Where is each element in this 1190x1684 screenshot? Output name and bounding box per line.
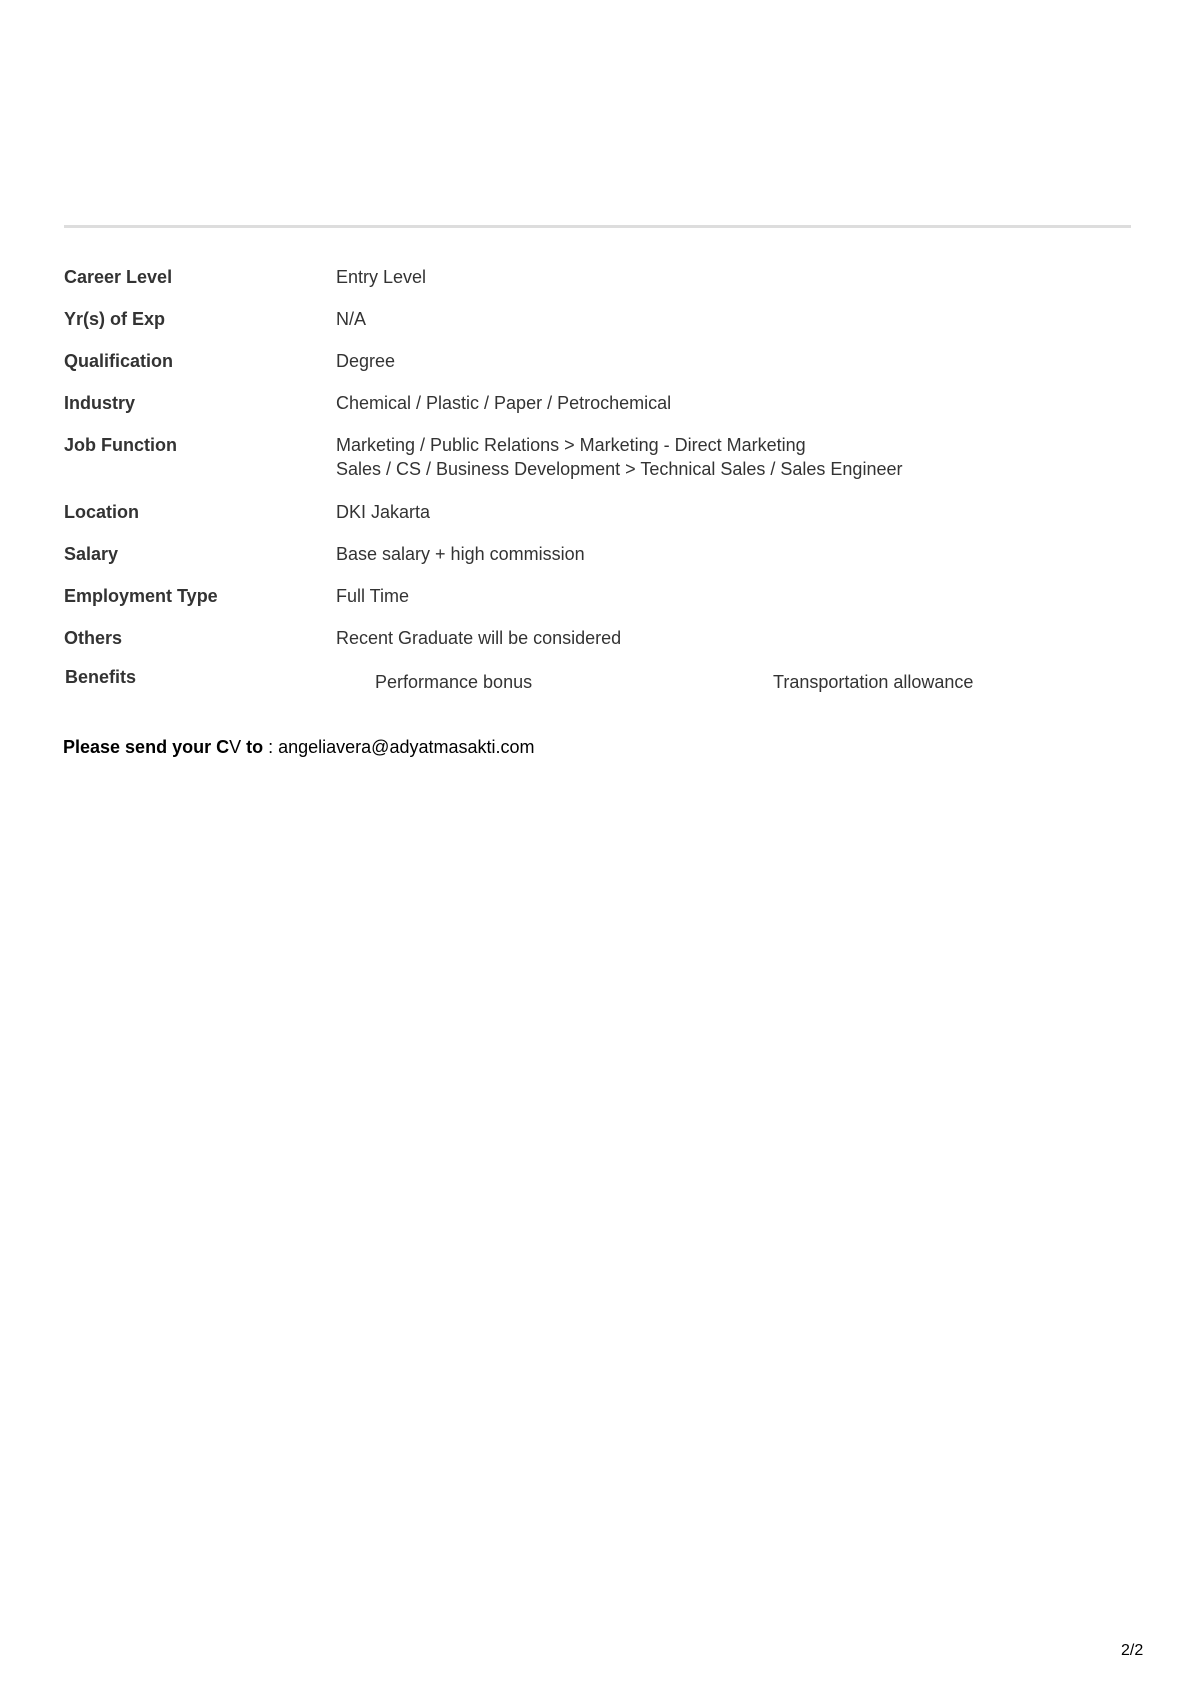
detail-label: Job Function	[64, 433, 177, 457]
contact-prefix-letter: V	[229, 737, 241, 757]
detail-label: Salary	[64, 542, 118, 566]
benefits-label: Benefits	[65, 665, 136, 689]
detail-value: Chemical / Plastic / Paper / Petrochemic…	[336, 391, 671, 415]
detail-value: Degree	[336, 349, 395, 373]
detail-label: Career Level	[64, 265, 172, 289]
contact-line: Please send your CV to : angeliavera@ady…	[63, 737, 535, 758]
contact-separator: :	[263, 737, 278, 757]
detail-value: Marketing / Public Relations > Marketing…	[336, 433, 806, 457]
contact-prefix: Please send your C	[63, 737, 229, 757]
detail-label: Employment Type	[64, 584, 218, 608]
benefit-item: Transportation allowance	[773, 672, 973, 693]
detail-label: Location	[64, 500, 139, 524]
detail-label: Industry	[64, 391, 135, 415]
detail-value: N/A	[336, 307, 366, 331]
detail-label: Qualification	[64, 349, 173, 373]
detail-value: Base salary + high commission	[336, 542, 585, 566]
detail-value: Entry Level	[336, 265, 426, 289]
contact-email[interactable]: angeliavera@adyatmasakti.com	[278, 737, 534, 757]
contact-prefix-suffix: to	[241, 737, 263, 757]
detail-label: Yr(s) of Exp	[64, 307, 165, 331]
detail-value: Recent Graduate will be considered	[336, 626, 621, 650]
section-divider	[64, 225, 1131, 228]
page-number: 2/2	[1121, 1642, 1143, 1660]
detail-value: Sales / CS / Business Development > Tech…	[336, 457, 902, 481]
detail-label: Others	[64, 626, 122, 650]
detail-value: Full Time	[336, 584, 409, 608]
detail-value: DKI Jakarta	[336, 500, 430, 524]
benefit-item: Performance bonus	[375, 672, 532, 693]
